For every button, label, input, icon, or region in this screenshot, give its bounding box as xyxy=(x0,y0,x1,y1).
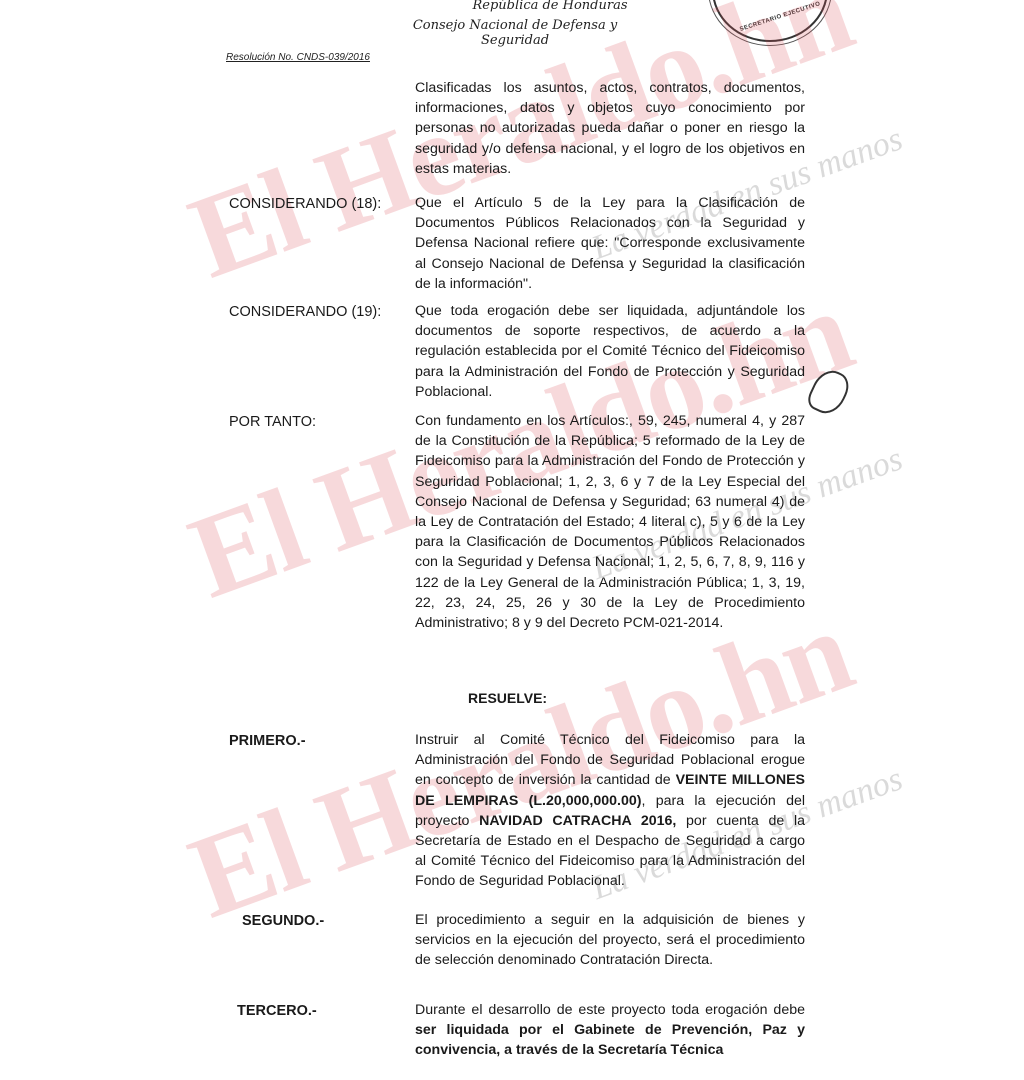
project-name: NAVIDAD CATRACHA 2016, xyxy=(479,813,676,829)
letterhead-council: Consejo Nacional de Defensa y Seguridad xyxy=(385,18,645,48)
por-tanto-label: POR TANTO: xyxy=(229,414,316,430)
considerando-19-text: Que toda erogación debe ser liquidada, a… xyxy=(415,301,805,402)
considerando-18-text: Que el Artículo 5 de la Ley para la Clas… xyxy=(415,193,805,294)
considerando-18-label: CONSIDERANDO (18): xyxy=(229,196,381,212)
tercero-text-a: Durante el desarrollo de este proyecto t… xyxy=(415,1002,805,1018)
intro-paragraph: Clasificadas los asuntos, actos, contrat… xyxy=(415,78,805,179)
por-tanto-text: Con fundamento en los Artículos:, 59, 24… xyxy=(415,411,805,633)
tercero-label: TERCERO.- xyxy=(237,1003,317,1019)
letterhead-country: República de Honduras xyxy=(450,0,650,13)
tercero-text: Durante el desarrollo de este proyecto t… xyxy=(415,1000,805,1061)
tercero-text-bold: ser liquidada por el Gabinete de Prevenc… xyxy=(415,1022,805,1058)
document-page: República de Honduras Consejo Nacional d… xyxy=(0,0,1024,1080)
segundo-text: El procedimiento a seguir en la adquisic… xyxy=(415,910,805,971)
primero-label: PRIMERO.- xyxy=(229,733,306,749)
resuelve-heading: RESUELVE: xyxy=(468,690,547,706)
considerando-19-label: CONSIDERANDO (19): xyxy=(229,304,381,320)
primero-text: Instruir al Comité Técnico del Fideicomi… xyxy=(415,730,805,892)
signature-initials-icon xyxy=(804,365,853,419)
segundo-label: SEGUNDO.- xyxy=(242,913,324,929)
resolution-number: Resolución No. CNDS-039/2016 xyxy=(226,52,370,63)
